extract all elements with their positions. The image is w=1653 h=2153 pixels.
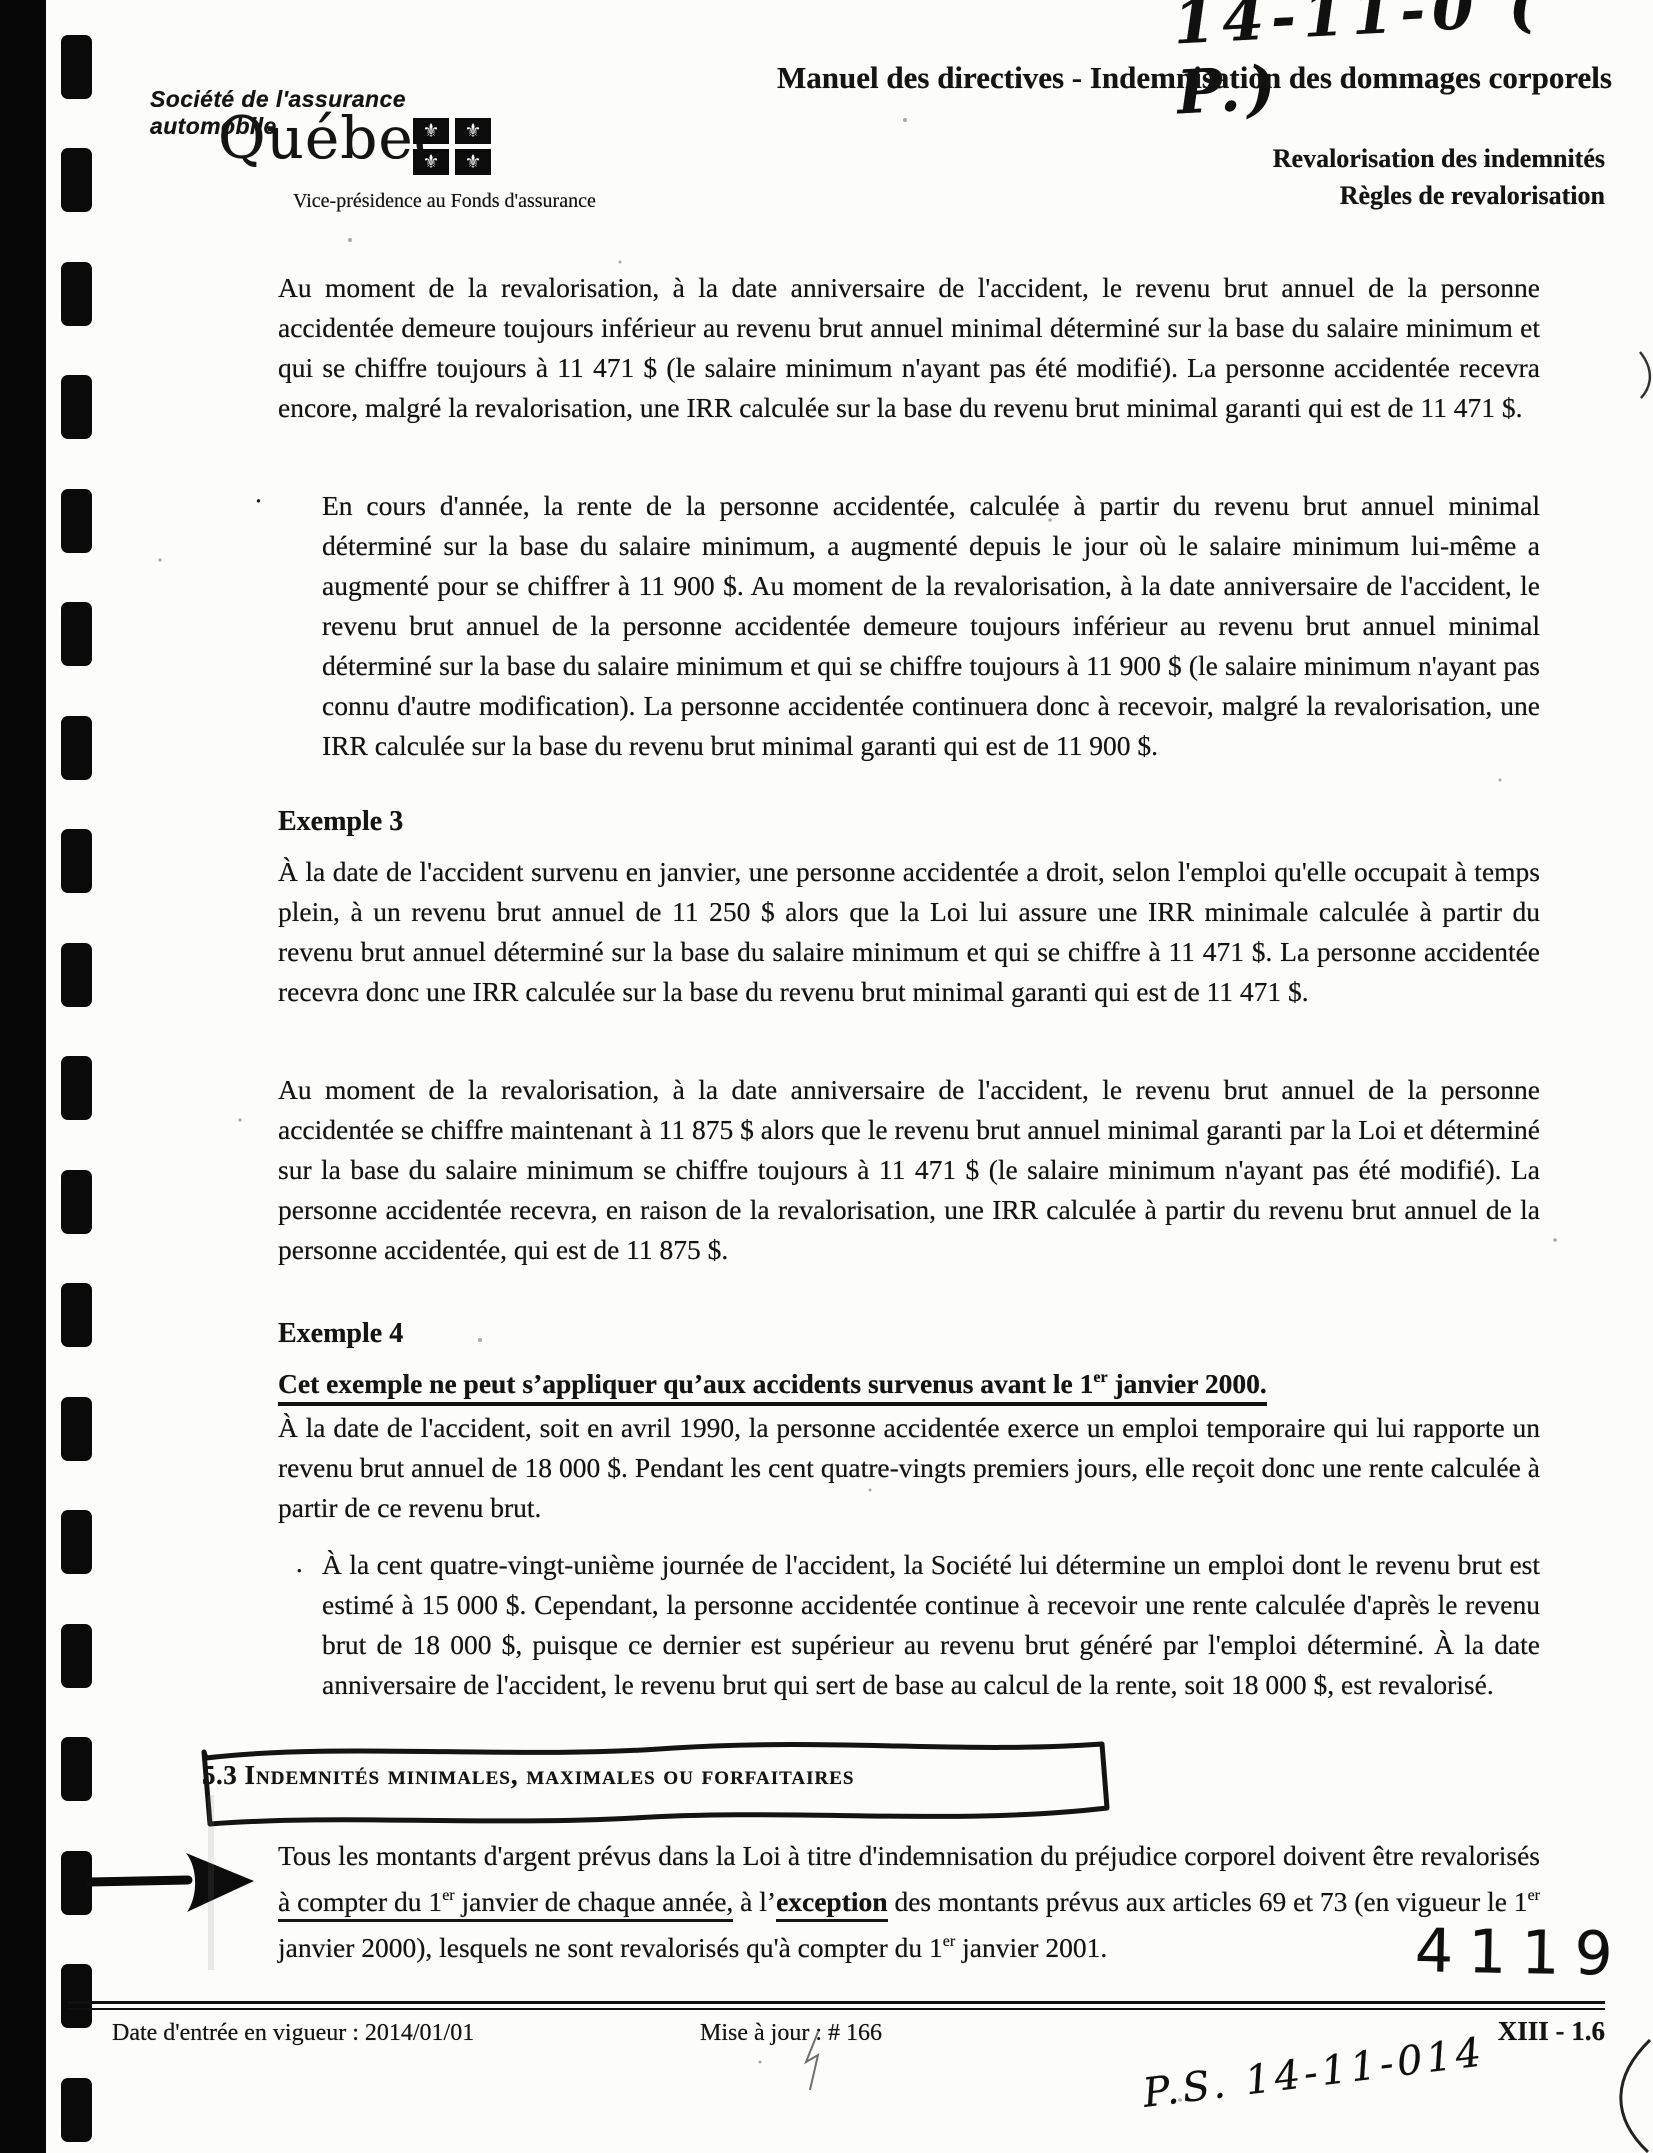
binding-hole [61, 1510, 92, 1574]
handwritten-page-number: 4119 [1414, 1916, 1628, 1990]
underlined-phrase: à compter du 1er janvier de chaque année… [278, 1886, 733, 1922]
section-heading: Revalorisation des indemnités Règles de … [1005, 140, 1605, 214]
fleur-de-lis-icon: ⚜ [455, 118, 491, 144]
division-label: Vice-présidence au Fonds d'assurance [293, 190, 596, 213]
paragraph-revalorisation-11471: Au moment de la revalorisation, à la dat… [278, 268, 1540, 428]
fleur-de-lis-icon: ⚜ [455, 149, 491, 175]
bullet-paragraph-emploi-determine: À la cent quatre-vingt-unième journée de… [322, 1545, 1540, 1705]
section-5-3-heading: 5.3 Indemnités minimales, maximales ou f… [202, 1760, 854, 1791]
subsection-title: Règles de revalorisation [1005, 177, 1605, 214]
p5-text: Tous les montants d'argent prévus dans l… [278, 1840, 1540, 1871]
p5-underline-text: à compter du 1 [278, 1886, 442, 1917]
footer-effective-date: Date d'entrée en vigueur : 2014/01/01 [112, 2020, 474, 2047]
fleur-de-lis-icon: ⚜ [413, 149, 449, 175]
p5-text: janvier 2000), lesquels ne sont revalori… [278, 1932, 943, 1963]
section-title: Revalorisation des indemnités [1005, 140, 1605, 177]
heading-exemple-3: Exemple 3 [278, 806, 403, 838]
superscript-er: er [442, 1887, 454, 1904]
bullet-dot: . [296, 1548, 303, 1579]
p5-text: janvier 2001. [955, 1932, 1107, 1963]
heading-exemple-4: Exemple 4 [278, 1318, 403, 1350]
p5-underline-text-end: janvier de chaque année, [455, 1886, 734, 1917]
binding-hole [61, 148, 92, 212]
paragraph-exemple3-accident: À la date de l'accident survenu en janvi… [278, 852, 1540, 1012]
superscript-er: er [1528, 1887, 1540, 1904]
quebec-flag-icon: ⚜ ⚜ ⚜ ⚜ [413, 118, 491, 175]
binding-hole [61, 2078, 92, 2142]
binding-hole [61, 1170, 92, 1234]
binding-hole [61, 1056, 92, 1120]
binding-hole [61, 716, 92, 780]
footer-update-number: Mise à jour : # 166 [700, 2020, 882, 2047]
p5-text: des montants prévus aux articles 69 et 7… [888, 1886, 1528, 1917]
paragraph-exemple3-revalorisation: Au moment de la revalorisation, à la dat… [278, 1070, 1540, 1270]
binding-hole [61, 262, 92, 326]
margin-arrow-icon [86, 1846, 266, 1918]
fleur-de-lis-icon: ⚜ [413, 118, 449, 144]
title-text: Cet exemple ne peut s’appliquer qu’aux a… [278, 1368, 1093, 1399]
title-text-end: janvier 2000. [1108, 1368, 1267, 1399]
binding-hole [61, 1624, 92, 1688]
handwriting-bottom-right: P.S. 14-11-014 [1140, 2029, 1487, 2117]
manual-title: Manuel des directives - Indemnisation de… [740, 60, 1612, 96]
binding-hole [61, 829, 92, 893]
section-title-smallcaps: Indemnités minimales, maximales ou forfa… [245, 1760, 855, 1790]
paragraph-exemple4-avril1990: À la date de l'accident, soit en avril 1… [278, 1408, 1540, 1528]
exemple4-condition-title: Cet exemple ne peut s’appliquer qu’aux a… [278, 1358, 1540, 1404]
binding-hole [61, 1283, 92, 1347]
footer-rule [68, 2001, 1605, 2010]
scanned-document-page: 14-11-0 ( P.) Société de l'assurance aut… [0, 0, 1653, 2153]
bullet-paragraph-11900: En cours d'année, la rente de la personn… [322, 486, 1540, 766]
bullet-dot: · [254, 486, 263, 517]
binding-hole [61, 943, 92, 1007]
binding-hole [61, 1964, 92, 2028]
binding-hole [61, 1737, 92, 1801]
bold-underlined-exception: exception [776, 1886, 888, 1922]
section-number: 5.3 [202, 1760, 237, 1790]
binding-hole [61, 35, 92, 99]
superscript-er: er [1093, 1369, 1107, 1386]
binding-hole [61, 489, 92, 553]
paragraph-indemnites-revalorisees: Tous les montants d'argent prévus dans l… [278, 1836, 1540, 1968]
binding-hole [61, 375, 92, 439]
underlined-title: Cet exemple ne peut s’appliquer qu’aux a… [278, 1368, 1267, 1406]
binding-hole [61, 1397, 92, 1461]
scan-edge-band [0, 0, 46, 2153]
p5-text: à l’ [733, 1886, 776, 1917]
superscript-er: er [943, 1933, 955, 1950]
binding-hole [61, 602, 92, 666]
